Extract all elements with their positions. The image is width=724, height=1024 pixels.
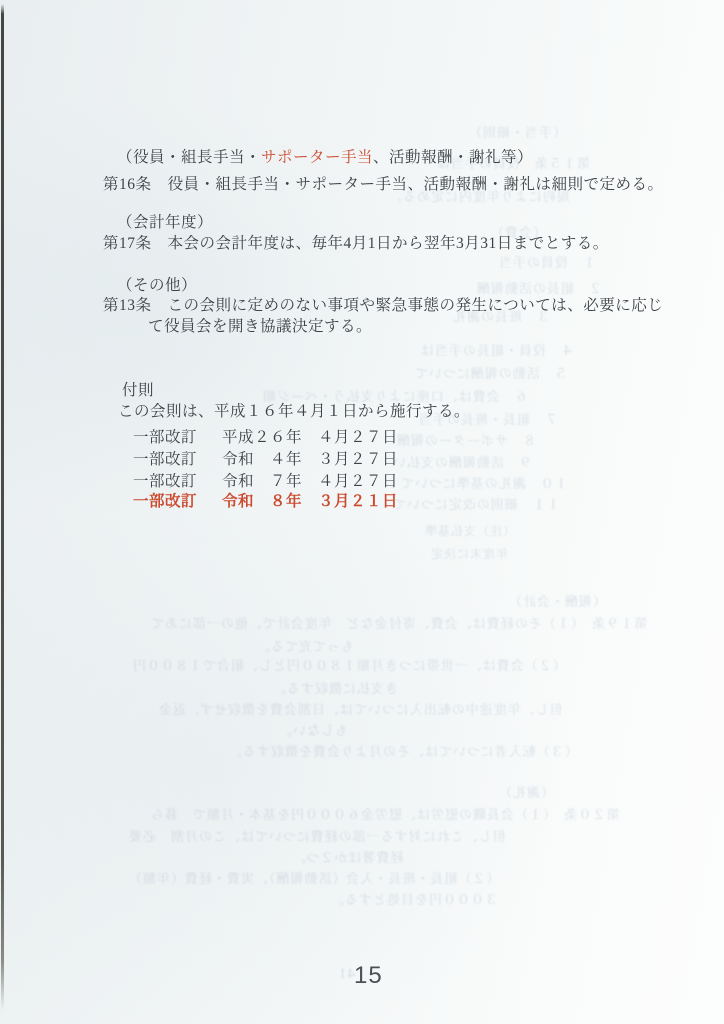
- bleedthrough-line: ４ 役員・組長の手当は: [420, 340, 574, 359]
- bleedthrough-line: ５ 活動の報酬について: [414, 363, 568, 382]
- heading-prefix: （役員・組長手当・: [117, 149, 261, 166]
- scan-left-edge: [1, 4, 4, 1010]
- bleedthrough-line: 年度末に決定: [430, 545, 508, 562]
- bleedthrough-line: 但し、これに対する一部の経費については、この月割 必要: [128, 826, 506, 845]
- bleedthrough-line: ２ 組長の活動報酬: [476, 278, 602, 297]
- bleedthrough-line: き支払に徴収する。: [272, 678, 398, 697]
- heading-suffix: 、活動報酬・謝礼等）: [373, 149, 533, 166]
- amendment-label: 一部改訂: [133, 473, 197, 490]
- amendment-label: 一部改訂: [133, 493, 197, 510]
- amendment-label: 一部改訂: [133, 451, 197, 468]
- bleedthrough-line: 第１９条 （１）その経費は、会費、寄付金など 年度会計で、他の一部にあて: [150, 613, 647, 632]
- bleedthrough-line: （謝礼）: [498, 782, 554, 801]
- bleedthrough-line: もしない。: [278, 720, 348, 739]
- bleedthrough-line: ８ サポーターの報酬: [396, 430, 536, 449]
- bleedthrough-line: 但し、年度途中の転出入については、日割会費を徴収せず、返金: [158, 699, 563, 718]
- amendment-row-latest-red: 一部改訂令和 ８年 ３月２１日: [133, 489, 398, 511]
- article-18-body-line2: て役員会を開き協議決定する。: [148, 317, 372, 337]
- bleedthrough-line: 経費署ほか２つ。: [292, 847, 403, 866]
- article-17-body: 第17条 本会の会計年度は、毎年4月1日から翌年3月31日までとする。: [103, 234, 609, 254]
- bleedthrough-line: （報酬・会計）: [508, 591, 606, 610]
- section-heading-other: （その他）: [117, 276, 197, 296]
- amendment-label: 一部改訂: [133, 429, 197, 446]
- amendment-row: 一部改訂平成２６年 ４月２７日: [133, 425, 398, 447]
- bleedthrough-line: もって充てる。: [256, 636, 354, 655]
- amendment-row: 一部改訂令和 ４年 ３月２７日: [133, 447, 398, 469]
- bleedthrough-line: （注）支払基準: [424, 522, 515, 539]
- article-16-body: 第16条 役員・組長手当・サポーター手当、活動報酬・謝礼は細則で定める。: [103, 175, 664, 195]
- scanned-page: （手当・細則）第１５条 役員の手当は規約により年度内に定める。（会費）１ 役員の…: [0, 0, 724, 1024]
- amendment-date: 令和 ８年 ３月２１日: [222, 493, 398, 510]
- heading-red-supporter-allowance: サポーター手当: [261, 149, 373, 166]
- page-number: 15: [354, 962, 383, 990]
- bleedthrough-line: 第２０条 （１）会長職の慰労は、慰労金６０００円を基本・月額で 暮ら: [150, 804, 620, 823]
- bleedthrough-line: ３０００円を目処とする。: [330, 889, 498, 908]
- bleedthrough-line: １ 役員の手当: [498, 252, 596, 271]
- scan-top-edge: [0, 0, 724, 5]
- bleedthrough-line: （３）転入者については、その月より会費を徴収する。: [228, 741, 578, 760]
- bleedthrough-line: １０ 謝礼の基準について: [400, 473, 568, 492]
- bleedthrough-line: 41: [338, 966, 355, 983]
- bleedthrough-line: （手当・細則）: [468, 122, 566, 141]
- article-18-body-line1: 第13条 この会則に定めのない事項や緊急事態の発生については、必要に応じ: [103, 296, 663, 316]
- amendment-date: 平成２６年 ４月２７日: [222, 429, 398, 446]
- bleedthrough-line: １１ 細則の改定について: [392, 494, 560, 513]
- section-heading-allowances: （役員・組長手当・サポーター手当、活動報酬・謝礼等）: [117, 148, 533, 168]
- amendment-date: 令和 ４年 ３月２７日: [222, 451, 398, 468]
- amendment-date: 令和 ７年 ４月２７日: [222, 473, 398, 490]
- amendment-row: 一部改訂令和 ７年 ４月２７日: [133, 469, 398, 491]
- bleedthrough-line: （２）組長・班長・入会（活動報酬）、実費・経費（年額）: [128, 868, 500, 887]
- bleedthrough-line: （２）会費は、一世帯につき月額１８００円とし、組合で１８００円: [132, 655, 566, 674]
- section-heading-fiscal-year: （会計年度）: [117, 213, 213, 233]
- appendix-enactment: この会則は、平成１６年４月１日から施行する。: [118, 402, 470, 422]
- bleedthrough-line: ９ 活動報酬の支払い: [392, 452, 532, 471]
- appendix-title: 付則: [122, 381, 154, 401]
